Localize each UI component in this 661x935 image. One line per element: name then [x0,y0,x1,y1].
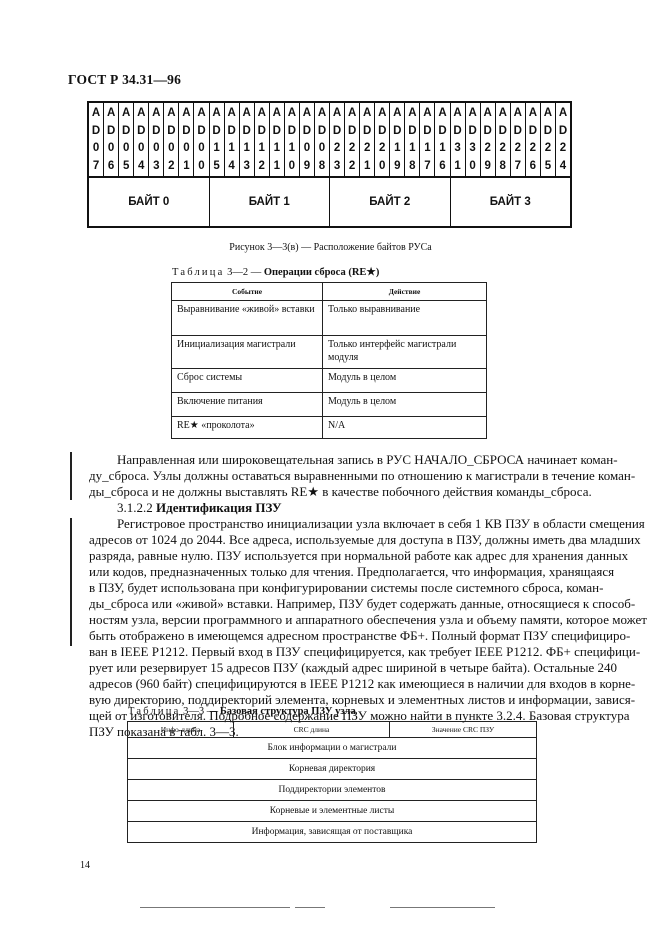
bit-label-char: 0 [198,143,204,155]
table-row: Инициализация магистрали Только интерфей… [172,336,487,369]
bit-label-char: D [468,126,476,138]
bit-label-char: 1 [409,143,415,155]
text-line: быть отображено в имеющемся адресном про… [89,628,591,644]
table-number: 3—3 — [183,706,217,717]
table-row: Корневые и элементные листы [128,801,536,822]
revision-bar [70,452,72,500]
event-cell: Включение питания [172,393,323,417]
bit-label-char: A [122,108,130,120]
bit-label-char: D [423,126,431,138]
bit-label-char: D [393,126,401,138]
bit-label-char: 1 [364,161,370,173]
bit-label-char: A [92,108,100,120]
bit-label-char: A [438,108,446,120]
bit-label-char: 2 [364,143,370,155]
bit-label-char: 2 [545,143,551,155]
bit-label-char: 5 [213,161,219,173]
text-line: разряда, равные нулю. ПЗУ используется п… [89,548,591,564]
bit-column: AD10 [285,103,300,177]
section-heading: 3.1.2.2 Идентификация ПЗУ [117,500,282,516]
bit-label-char: 6 [439,161,445,173]
bit-label-char: A [468,108,476,120]
event-cell: Выравнивание «живой» вставки [172,301,323,336]
scan-artifact-line [295,907,325,908]
bit-label-char: 1 [454,161,460,173]
bit-column: AD16 [435,103,450,177]
bit-label-char: D [544,126,552,138]
bit-label-char: 2 [515,143,521,155]
bit-label-char: D [197,126,205,138]
bit-label-char: A [559,108,567,120]
byte-row: БАЙТ 0 БАЙТ 1 БАЙТ 2 БАЙТ 3 [87,176,572,228]
paragraph-reset-command: Направленная или широковещательная запис… [89,452,591,500]
bit-label-char: 2 [259,161,265,173]
section-number: 3.1.2.2 [117,500,153,515]
bit-label-char: A [182,108,190,120]
bit-label-char: D [137,126,145,138]
event-cell: RE★ «проколота» [172,417,323,439]
column-header-action: Действие [323,283,487,301]
bit-label-char: D [258,126,266,138]
bit-label-char: D [378,126,386,138]
bit-label-char: A [152,108,160,120]
bit-column: AD12 [255,103,270,177]
text-line: Регистровое пространство инициализации у… [89,516,591,532]
bit-label-char: A [197,108,205,120]
table-row: Поддиректории элементов [128,780,536,801]
bit-label-char: D [318,126,326,138]
text-line: ды_сброса или «живой» вставки. Например,… [89,596,591,612]
bit-label-char: A [529,108,537,120]
event-cell: Инициализация магистрали [172,336,323,369]
scan-artifact-line [390,907,495,908]
bit-label-char: 4 [228,161,234,173]
bit-label-char: D [484,126,492,138]
table-row: RE★ «проколота» N/A [172,417,487,439]
text-line: ду_сброса. Узлы должны оставаться выравн… [89,468,591,484]
bit-column: AD01 [179,103,194,177]
bit-label-char: D [92,126,100,138]
bit-label-char: D [152,126,160,138]
bit-label-char: A [484,108,492,120]
bit-label-char: A [273,108,281,120]
bit-label-char: 4 [560,161,566,173]
action-cell: Модуль в целом [323,393,487,417]
action-cell: N/A [323,417,487,439]
column-header-info-length: Инфо-длина [128,722,234,737]
bit-label-char: 3 [153,161,159,173]
bit-label-char: D [363,126,371,138]
bit-label-char: 2 [484,143,490,155]
text-line: в ПЗУ, будет использована при конфигурир… [89,580,591,596]
bit-label-char: 7 [424,161,430,173]
reset-operations-table: Событие Действие Выравнивание «живой» вс… [171,282,487,439]
bit-layout-grid: AD07AD06AD05AD04AD03AD02AD01AD00AD15AD14… [87,101,572,177]
page-number: 14 [80,860,90,871]
action-cell: Только выравнивание [323,301,487,336]
bit-label-char: 7 [515,161,521,173]
table-label: Таблица [128,706,180,717]
bit-column: AD29 [481,103,496,177]
scan-artifact-line [140,907,290,908]
table-row: Блок информации о магистрали [128,738,536,759]
bit-label-char: A [408,108,416,120]
bit-column: AD19 [390,103,405,177]
bit-label-char: 0 [469,161,475,173]
bit-label-char: D [499,126,507,138]
column-header-crc-length: CRC длина [234,722,390,737]
bit-label-char: 1 [183,161,189,173]
bit-label-char: 0 [183,143,189,155]
bit-label-char: 9 [304,161,310,173]
bit-label-char: 8 [319,161,325,173]
table-row: Корневая директория [128,759,536,780]
bit-label-char: A [514,108,522,120]
bit-label-char: D [107,126,115,138]
bit-label-char: 2 [530,143,536,155]
bit-label-char: A [318,108,326,120]
bit-label-char: A [227,108,235,120]
bit-label-char: 0 [168,143,174,155]
bit-label-char: A [378,108,386,120]
bit-label-char: D [408,126,416,138]
document-code-header: ГОСТ Р 34.31—96 [68,72,181,88]
table-row: Включение питания Модуль в целом [172,393,487,417]
bit-label-char: A [107,108,115,120]
bit-label-char: 0 [93,143,99,155]
bit-label-char: D [529,126,537,138]
bit-label-char: 1 [228,143,234,155]
table-row: Выравнивание «живой» вставки Только выра… [172,301,487,336]
bit-label-char: D [273,126,281,138]
bit-label-char: D [438,126,446,138]
bit-label-char: A [303,108,311,120]
bit-label-char: 0 [138,143,144,155]
bit-label-char: 0 [153,143,159,155]
bit-column: AD21 [360,103,375,177]
table-3-3-caption: Таблица 3—3 — Базовая структура ПЗУ узла [128,706,356,717]
event-cell: Сброс системы [172,369,323,393]
bit-column: AD00 [194,103,209,177]
bit-label-char: 6 [108,161,114,173]
bit-label-char: D [212,126,220,138]
bit-label-char: A [544,108,552,120]
bit-column: AD23 [330,103,345,177]
bit-label-char: 2 [379,143,385,155]
section-title: Идентификация ПЗУ [156,500,282,515]
bit-label-char: 1 [259,143,265,155]
bit-column: AD06 [104,103,119,177]
bit-label-char: 3 [454,143,460,155]
bit-label-char: D [182,126,190,138]
text-line: ностям узла, версии программного и аппар… [89,612,591,628]
bit-label-char: 0 [379,161,385,173]
bit-column: AD05 [119,103,134,177]
table-header-row: Инфо-длина CRC длина Значение CRC ПЗУ [128,722,536,738]
bit-label-char: 9 [484,161,490,173]
bit-column: AD15 [210,103,225,177]
bit-label-char: 1 [243,143,249,155]
text-line: или кодов, предназначенных только для чт… [89,564,591,580]
bit-label-char: 5 [123,161,129,173]
bit-label-char: 7 [93,161,99,173]
bit-label-char: A [212,108,220,120]
bit-label-char: 1 [274,161,280,173]
bit-label-char: A [423,108,431,120]
bit-column: AD08 [315,103,330,177]
byte-2-cell: БАЙТ 2 [330,178,451,226]
byte-0-cell: БАЙТ 0 [89,178,210,226]
bit-label-char: D [514,126,522,138]
bit-label-char: 4 [138,161,144,173]
bit-label-char: D [167,126,175,138]
column-header-crc-value: Значение CRC ПЗУ [390,722,536,737]
bit-label-char: 0 [289,161,295,173]
rom-structure-table: Инфо-длина CRC длина Значение CRC ПЗУ Бл… [127,721,537,843]
bit-label-char: A [453,108,461,120]
bit-label-char: D [303,126,311,138]
bit-label-char: 0 [304,143,310,155]
bit-label-char: 6 [530,161,536,173]
bit-column: AD14 [225,103,240,177]
table-row: Информация, зависящая от поставщика [128,822,536,842]
bit-label-char: 8 [500,161,506,173]
bit-label-char: D [122,126,130,138]
bit-label-char: 8 [409,161,415,173]
bit-column: AD25 [541,103,556,177]
bit-label-char: 1 [394,143,400,155]
action-cell: Только интерфейс магистрали модуля [323,336,487,369]
bit-label-char: D [453,126,461,138]
bit-label-char: D [243,126,251,138]
bit-column: AD17 [420,103,435,177]
bit-column: AD13 [240,103,255,177]
bit-label-char: 2 [560,143,566,155]
bit-label-char: 5 [545,161,551,173]
bit-label-char: A [258,108,266,120]
revision-bar [70,518,72,646]
text-line: адресов от 1024 до 2044. Все адреса, исп… [89,532,591,548]
text-line: ван в IEEE P1212. Первый вход в ПЗУ спец… [89,644,591,660]
bit-label-char: 0 [198,161,204,173]
bit-label-char: A [348,108,356,120]
text-line: Направленная или широковещательная запис… [89,452,591,468]
bit-label-char: 3 [243,161,249,173]
bit-label-char: 1 [289,143,295,155]
bit-label-char: 1 [274,143,280,155]
text-line: ды_сброса и не должны выставлять RE★ в к… [89,484,591,500]
bit-column: AD27 [511,103,526,177]
bit-label-char: A [167,108,175,120]
bit-label-char: D [227,126,235,138]
table-number: 3—2 — [227,267,261,278]
text-line: рует или резервирует 15 адресов ПЗУ (каж… [89,660,591,676]
bit-label-char: 1 [213,143,219,155]
table-title: Операции сброса (RE★) [264,267,380,278]
bit-label-char: 1 [424,143,430,155]
bit-label-char: A [243,108,251,120]
action-cell: Модуль в целом [323,369,487,393]
bit-label-char: D [559,126,567,138]
bit-label-char: 1 [439,143,445,155]
bit-label-char: 2 [334,143,340,155]
table-3-2-caption: Таблица 3—2 — Операции сброса (RE★) [172,266,379,278]
bit-column: AD11 [270,103,285,177]
bit-column: AD04 [134,103,149,177]
bit-label-char: A [393,108,401,120]
bit-column: AD20 [375,103,390,177]
byte-1-cell: БАЙТ 1 [210,178,331,226]
bit-column: AD03 [149,103,164,177]
text-line: адресов (960 байт) специфицируются в IEE… [89,676,591,692]
bit-label-char: 9 [394,161,400,173]
bit-column: AD09 [300,103,315,177]
bit-label-char: 0 [123,143,129,155]
bit-label-char: A [333,108,341,120]
bit-label-char: D [288,126,296,138]
table-row: Сброс системы Модуль в целом [172,369,487,393]
bit-column: AD24 [556,103,570,177]
bit-label-char: A [288,108,296,120]
bit-label-char: 3 [334,161,340,173]
bit-label-char: A [137,108,145,120]
bit-column: AD28 [496,103,511,177]
bit-label-char: A [499,108,507,120]
column-header-event: Событие [172,283,323,301]
bit-label-char: 2 [349,161,355,173]
bit-column: AD02 [164,103,179,177]
bit-column: AD31 [451,103,466,177]
bit-label-char: 2 [349,143,355,155]
byte-3-cell: БАЙТ 3 [451,178,571,226]
table-title: Базовая структура ПЗУ узла [220,706,356,717]
bit-column: AD07 [89,103,104,177]
bit-label-char: 0 [319,143,325,155]
bit-label-char: D [348,126,356,138]
figure-caption: Рисунок 3—3(в) — Расположение байтов РУС… [0,242,661,253]
bit-label-char: 2 [500,143,506,155]
bit-column: AD18 [405,103,420,177]
bit-label-char: 2 [168,161,174,173]
bit-column: AD22 [345,103,360,177]
bit-column: AD26 [526,103,541,177]
bit-label-char: 0 [108,143,114,155]
bit-column: AD30 [466,103,481,177]
table-label: Таблица [172,267,224,278]
bit-label-char: A [363,108,371,120]
bit-label-char: 3 [469,143,475,155]
bit-label-char: D [333,126,341,138]
